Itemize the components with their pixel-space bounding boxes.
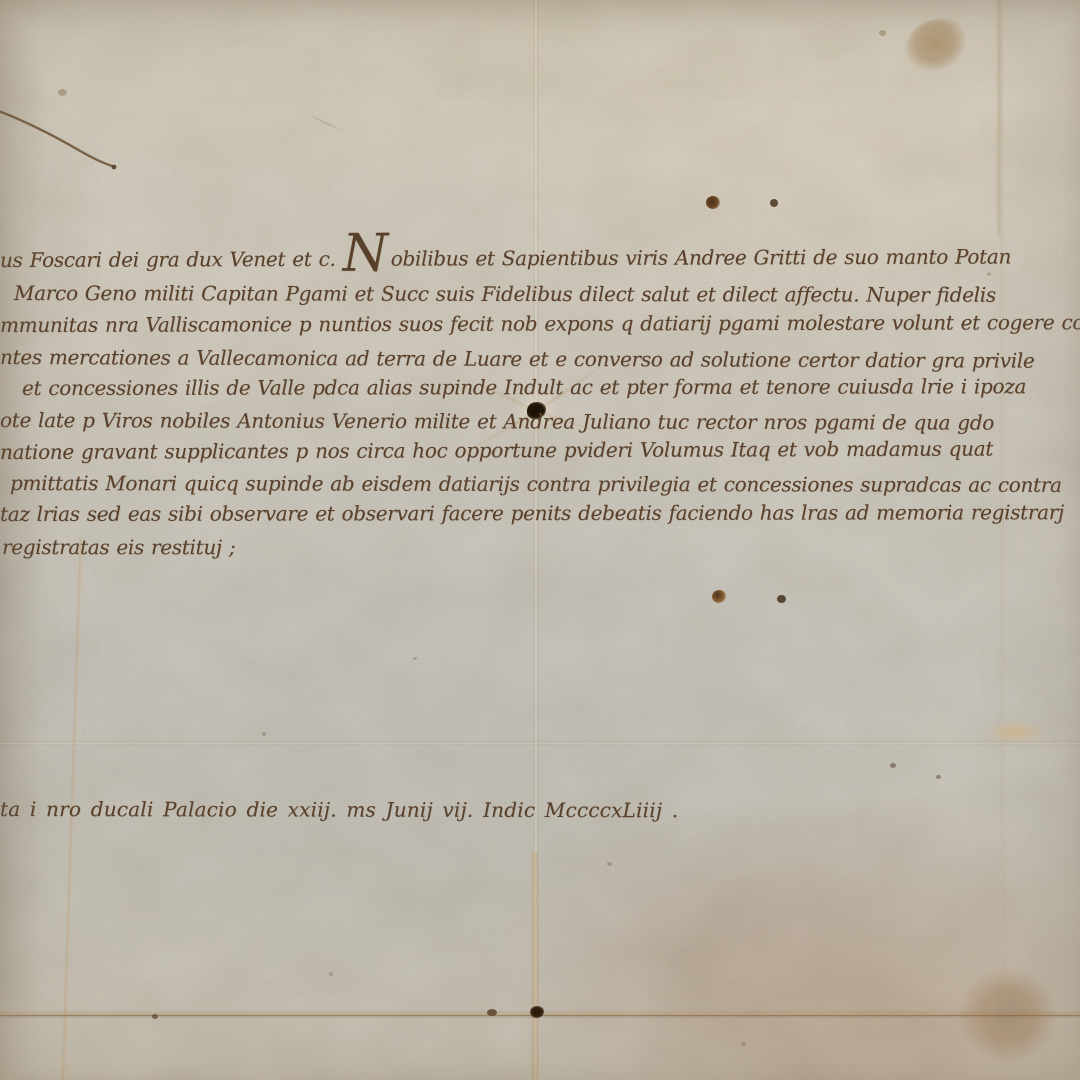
ink-speck <box>936 775 941 779</box>
ink-speck <box>777 595 786 603</box>
ink-speck <box>413 657 417 660</box>
ink-speck <box>712 590 726 603</box>
text-line: pmittatis Monari quicq supinde ab eisdem… <box>10 470 1062 498</box>
text-line: taz lrias sed eas sibi observare et obse… <box>0 499 1064 527</box>
ink-speck <box>770 199 778 207</box>
text-line: Marco Geno militi Capitan Pgami et Succ … <box>14 280 996 308</box>
fold-crease-vertical-center-bottom <box>530 852 539 1080</box>
text-line: mmunitas nra Valliscamonice p nuntios su… <box>0 309 1080 338</box>
parchment-document-photo: us Foscari dei gra dux Venet et c.Nobili… <box>0 0 1080 1080</box>
wormhole-bottom <box>530 1006 544 1018</box>
ink-speck <box>262 732 266 736</box>
text-line: registratas eis restituj ; <box>2 534 235 560</box>
opening-prefix: us Foscari dei gra dux Venet et c. <box>0 247 336 272</box>
ink-speck <box>890 763 896 768</box>
ink-speck <box>987 272 991 276</box>
ink-speck <box>879 30 886 36</box>
pen-flourish <box>0 100 150 190</box>
fold-crease-horizontal-middle <box>0 740 1080 746</box>
fold-crease-vertical-right <box>999 0 1004 1080</box>
ink-speck <box>487 1009 497 1016</box>
stain-top-right <box>898 10 975 81</box>
ink-speck <box>706 196 720 209</box>
stain-bottom-right <box>960 970 1055 1060</box>
text-line: et concessiones illis de Valle pdca alia… <box>22 373 1026 401</box>
ink-speck <box>329 972 333 976</box>
text-line: natione gravant supplicantes p nos circa… <box>0 436 993 465</box>
text-line-opening: us Foscari dei gra dux Venet et c.Nobili… <box>0 243 1011 273</box>
ink-speck <box>741 1042 746 1046</box>
ink-speck <box>152 1014 158 1019</box>
fold-crease-vertical-center <box>533 0 539 1080</box>
opening-initial-capital: N <box>342 224 387 284</box>
crease-highlight-blob <box>985 720 1047 744</box>
ink-speck <box>58 89 67 96</box>
text-line: ntes mercationes a Vallecamonica ad terr… <box>0 344 1035 374</box>
fold-crease-vertical-right-top <box>997 0 1001 235</box>
text-line: ote late p Viros nobiles Antonius Veneri… <box>0 407 994 436</box>
faint-scratch <box>307 113 346 133</box>
ink-speck <box>607 862 612 866</box>
text-line-date: ta i nro ducali Palacio die xxiij. ms Ju… <box>0 796 678 823</box>
opening-rest: obilibus et Sapientibus viris Andree Gri… <box>391 244 1011 270</box>
